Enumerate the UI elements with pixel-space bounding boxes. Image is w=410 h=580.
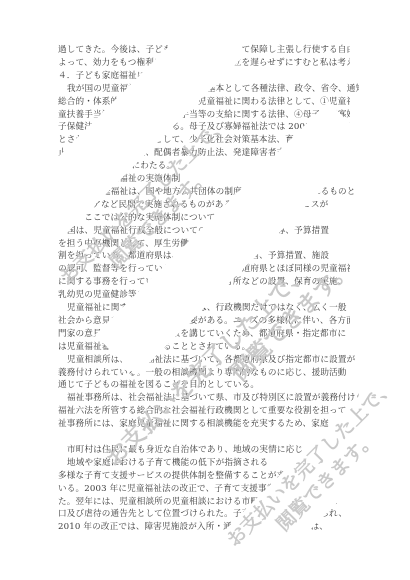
text-line: 総合的・体系的に推進されている。児童福祉に関わる法律として、①児童福祉法、②児 [58, 96, 350, 109]
document-page: 過してきた。今後は、子どもも一人の人間として保障し主張し行使する自由を得ることに… [0, 0, 410, 580]
text-line: るが、ここでは公的な実施体制について、以下述べていく。 [58, 212, 350, 225]
text-line [58, 431, 350, 444]
